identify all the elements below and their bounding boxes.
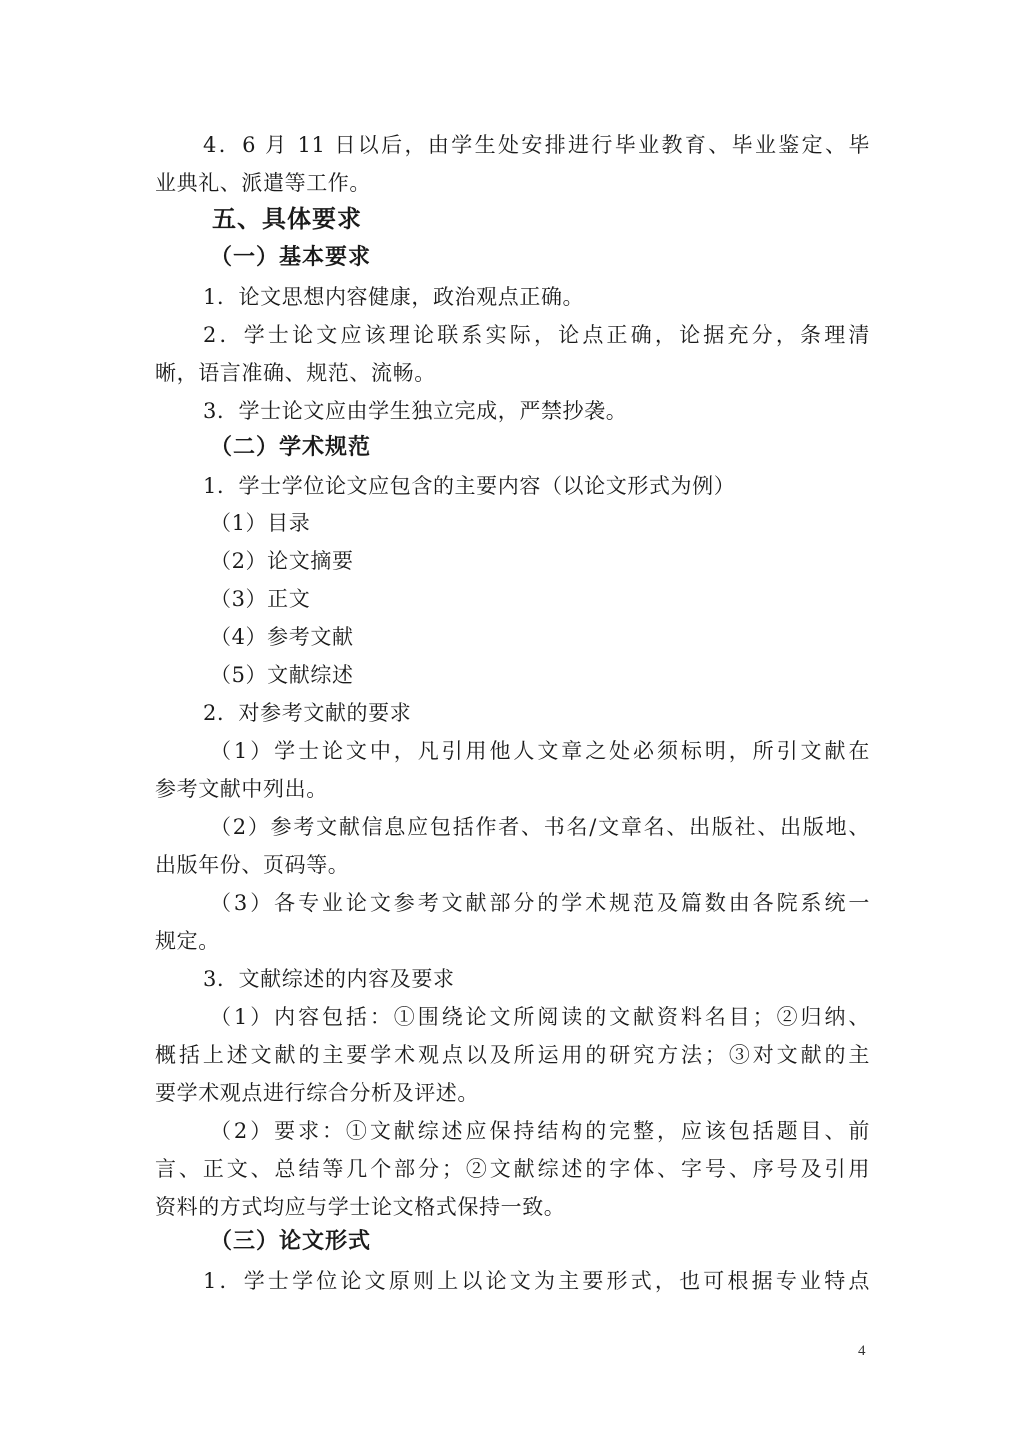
paragraph-line: 2．学士论文应该理论联系实际，论点正确，论据充分，条理清 xyxy=(203,322,870,348)
list-item: （1）目录 xyxy=(210,510,870,536)
paragraph-line: 3．学士论文应由学生独立完成，严禁抄袭。 xyxy=(203,398,870,424)
paragraph-line: 1．论文思想内容健康，政治观点正确。 xyxy=(203,284,870,310)
paragraph-line: （1）学士论文中，凡引用他人文章之处必须标明，所引文献在 xyxy=(210,738,870,764)
subsection-heading: （二）学术规范 xyxy=(210,435,925,461)
paragraph-line: 规定。 xyxy=(155,928,870,954)
paragraph-line: 要学术观点进行综合分析及评述。 xyxy=(155,1080,870,1106)
subsection-heading: （一）基本要求 xyxy=(210,245,925,271)
paragraph-line: 1．学士学位论文原则上以论文为主要形式，也可根据专业特点 xyxy=(203,1268,870,1294)
list-item: （5）文献综述 xyxy=(210,662,870,688)
list-item: （2）论文摘要 xyxy=(210,548,870,574)
paragraph-line: 言、正文、总结等几个部分；②文献综述的字体、字号、序号及引用 xyxy=(155,1156,870,1182)
paragraph-line: 2．对参考文献的要求 xyxy=(203,700,870,726)
paragraph-line: 3．文献综述的内容及要求 xyxy=(203,966,870,992)
paragraph-line: 4．6 月 11 日以后，由学生处安排进行毕业教育、毕业鉴定、毕 xyxy=(203,132,870,158)
paragraph-line: 晰，语言准确、规范、流畅。 xyxy=(155,360,870,386)
list-item: （4）参考文献 xyxy=(210,624,870,650)
paragraph-line: 1．学士学位论文应包含的主要内容（以论文形式为例） xyxy=(203,473,870,499)
list-item: （3）正文 xyxy=(210,586,870,612)
paragraph-line: （1）内容包括：①围绕论文所阅读的文献资料名目；②归纳、 xyxy=(210,1004,870,1030)
section-heading: 五、具体要求 xyxy=(212,206,927,232)
paragraph-line: （2）要求：①文献综述应保持结构的完整，应该包括题目、前 xyxy=(210,1118,870,1144)
paragraph-line: 资料的方式均应与学士论文格式保持一致。 xyxy=(155,1194,870,1220)
subsection-heading: （三）论文形式 xyxy=(210,1229,925,1255)
paragraph-line: （3）各专业论文参考文献部分的学术规范及篇数由各院系统一 xyxy=(210,890,870,916)
paragraph-line: （2）参考文献信息应包括作者、书名/文章名、出版社、出版地、 xyxy=(210,814,870,840)
page-number: 4 xyxy=(858,1343,866,1360)
paragraph-line: 业典礼、派遣等工作。 xyxy=(155,170,870,196)
paragraph-line: 出版年份、页码等。 xyxy=(155,852,870,878)
paragraph-line: 概括上述文献的主要学术观点以及所运用的研究方法；③对文献的主 xyxy=(155,1042,870,1068)
paragraph-line: 参考文献中列出。 xyxy=(155,776,870,802)
